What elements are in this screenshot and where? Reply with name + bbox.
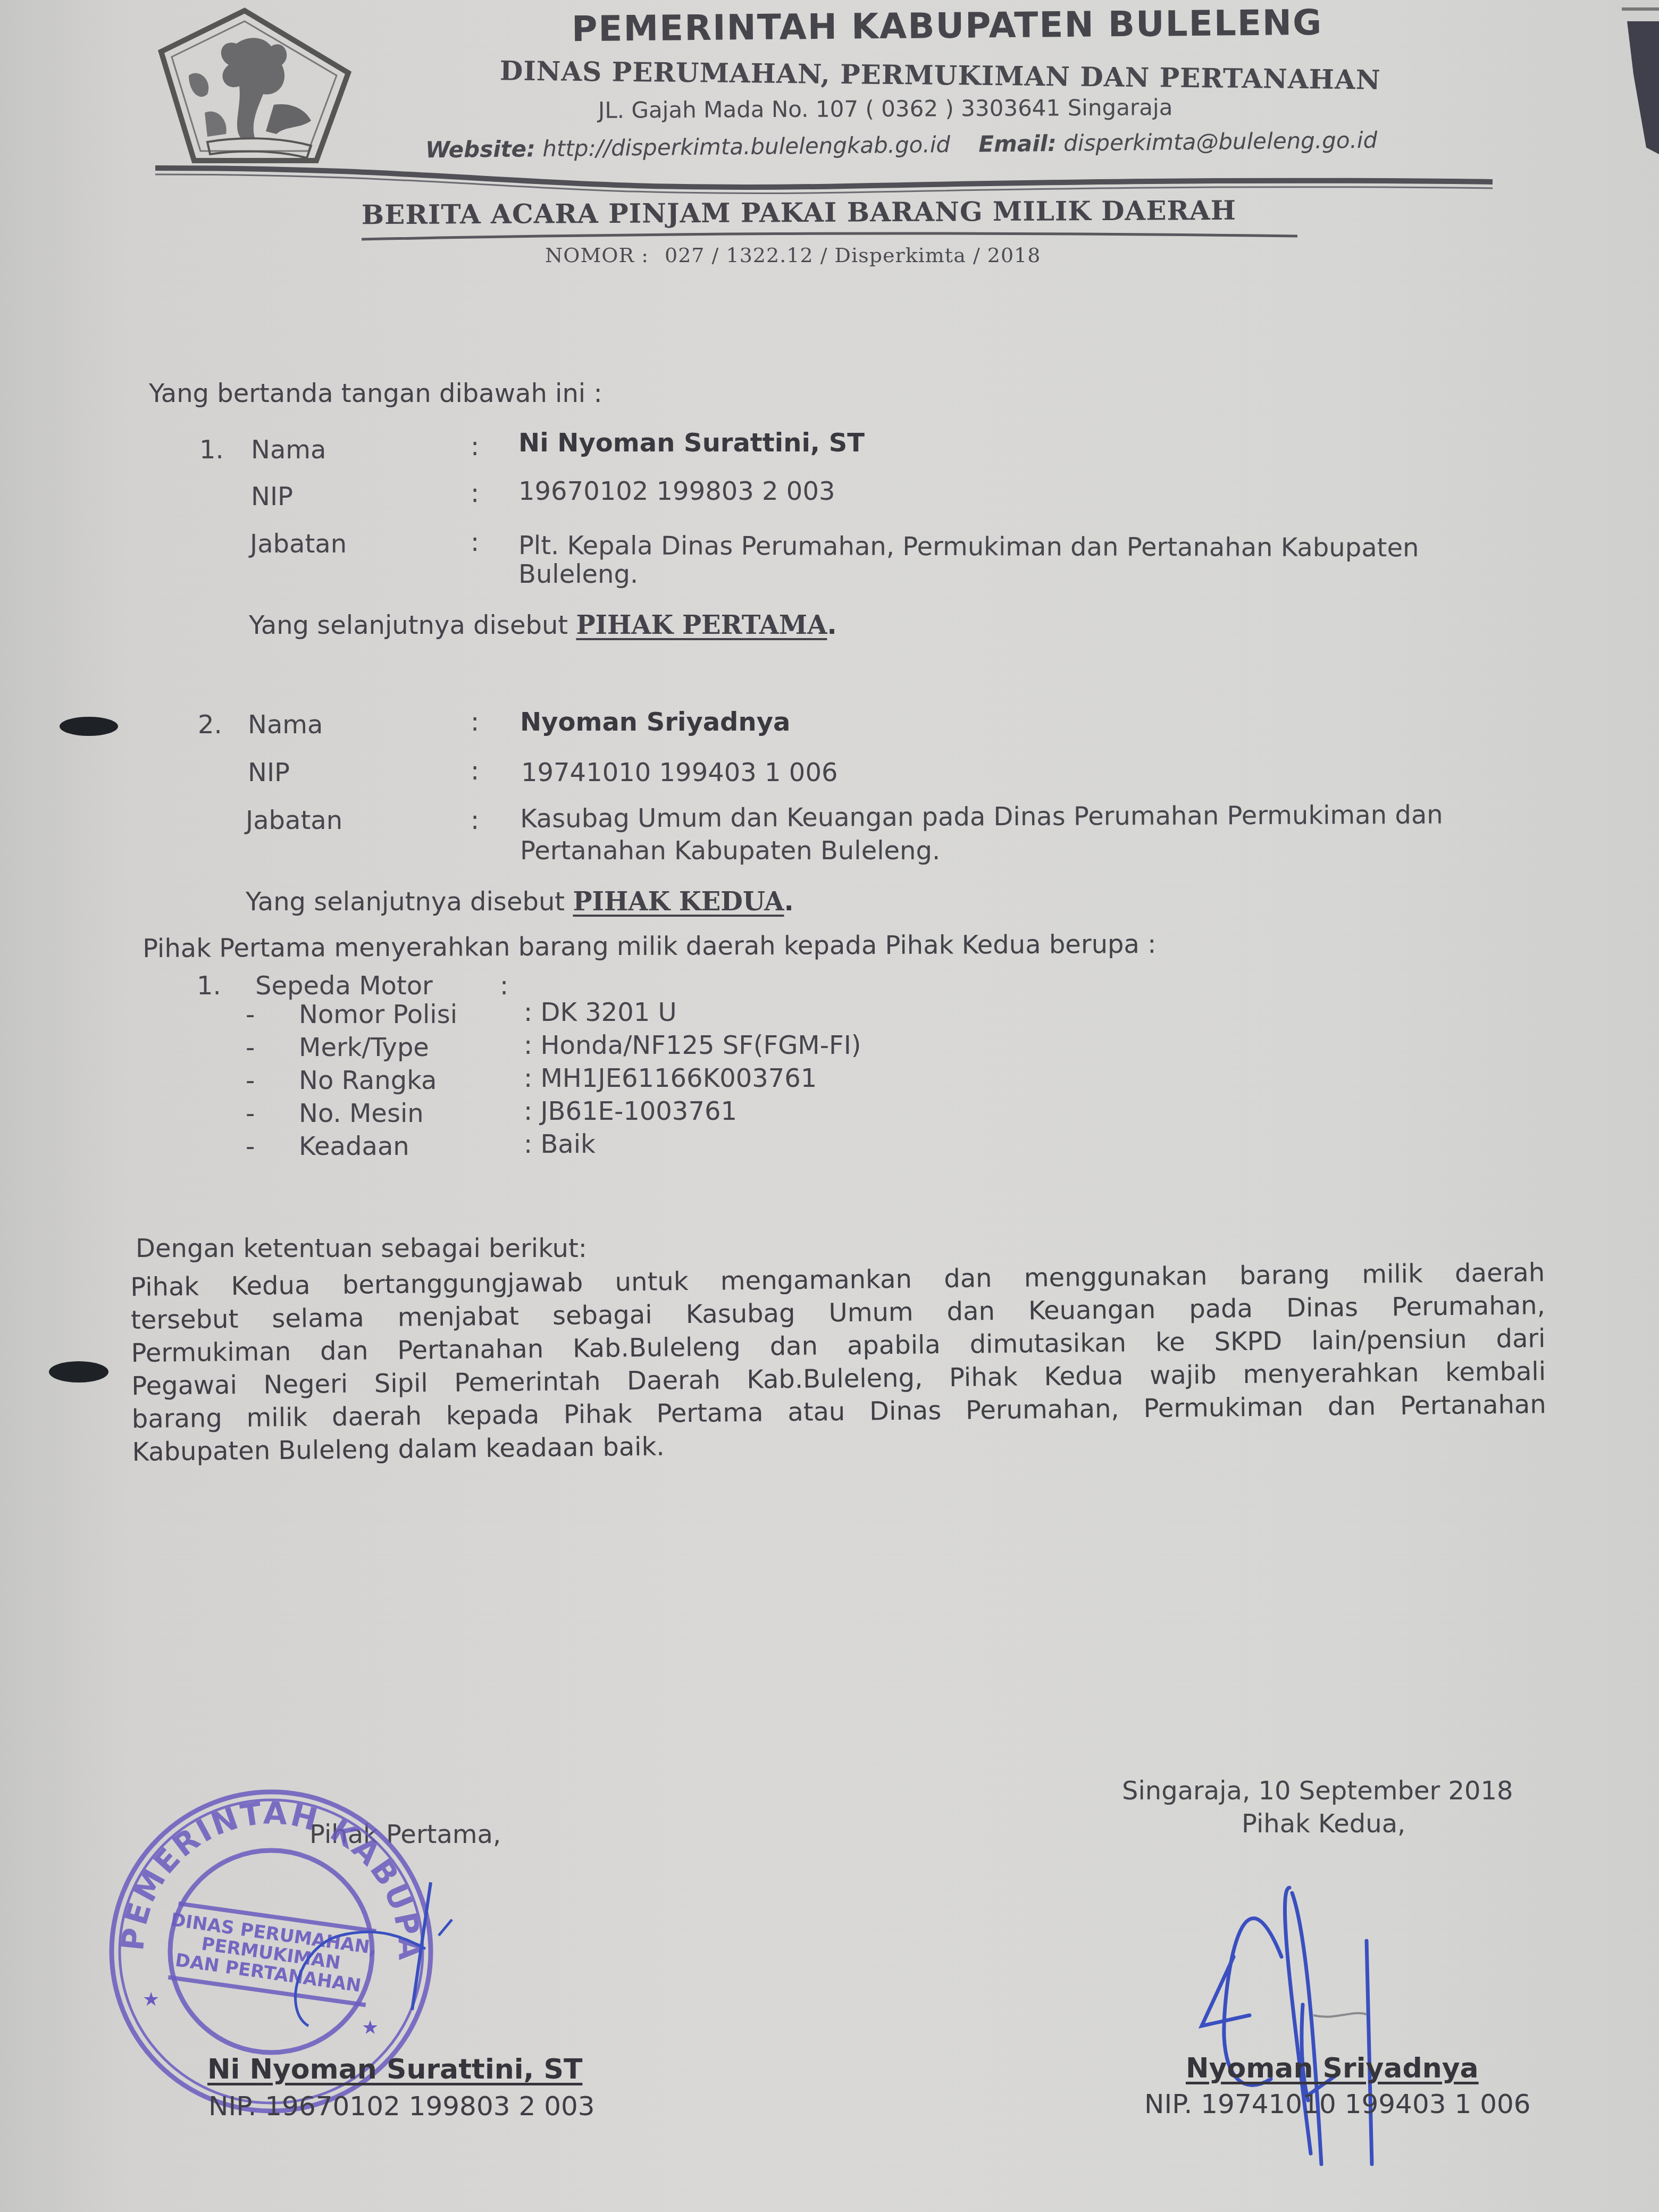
party-second-nip: 19741010 199403 1 006 <box>521 758 837 787</box>
field-colon: : <box>471 756 479 786</box>
party-first-name: Ni Nyoman Surattini, ST <box>518 428 865 458</box>
designation-prefix: Yang selanjutnya disebut <box>246 887 573 917</box>
letterhead-address: JL. Gajah Mada No. 107 ( 0362 ) 3303641 … <box>598 94 1173 123</box>
letterhead-contact: Website: http://disperkimta.bulelengkab.… <box>425 127 1378 163</box>
party-second-name: Nyoman Sriyadnya <box>520 707 790 737</box>
item-index: 1. <box>197 971 221 1001</box>
field-colon: : <box>471 479 479 508</box>
field-label: Nama <box>248 710 323 740</box>
document-number-label: NOMOR : <box>545 244 649 267</box>
bullet-dash: - <box>246 1000 255 1029</box>
letterhead-government: PEMERINTAH KABUPATEN BULELENG <box>572 2 1323 49</box>
punch-hole-icon <box>60 717 118 736</box>
party-first-designation: Yang selanjutnya disebut PIHAK PERTAMA. <box>249 610 837 640</box>
detail-label: No. Mesin <box>299 1099 424 1128</box>
first-party-signature <box>276 1850 489 2052</box>
field-label: Jabatan <box>250 529 347 559</box>
designation-label: PIHAK PERTAMA <box>576 610 827 640</box>
field-label: Nama <box>251 435 326 465</box>
letterhead-agency: DINAS PERUMAHAN, PERMUKIMAN DAN PERTANAH… <box>500 55 1381 95</box>
designation-prefix: Yang selanjutnya disebut <box>249 610 576 640</box>
field-label: NIP <box>251 482 293 512</box>
second-party-role: Pihak Kedua, <box>1242 1809 1405 1839</box>
party-second-position: Kasubag Umum dan Keuangan pada Dinas Per… <box>520 800 1443 834</box>
field-colon: : <box>471 806 479 835</box>
party-second-position-cont: Pertanahan Kabupaten Buleleng. <box>520 836 940 866</box>
party-index: 2. <box>198 710 222 740</box>
field-colon: : <box>471 707 479 737</box>
second-party-nip: NIP. 19741010 199403 1 006 <box>1144 2089 1531 2119</box>
detail-label: No Rangka <box>299 1066 437 1095</box>
terms-heading: Dengan ketentuan sebagai berikut: <box>136 1234 587 1263</box>
punch-hole-icon <box>49 1361 108 1382</box>
designation-suffix: . <box>827 610 836 640</box>
email-label: Email: <box>978 130 1057 157</box>
detail-value: : JB61E-1003761 <box>524 1096 737 1126</box>
document-number-value: 027 / 1322.12 / Disperkimta / 2018 <box>665 244 1041 267</box>
place-date: Singaraja, 10 September 2018 <box>1122 1776 1513 1806</box>
detail-value: : Honda/NF125 SF(FGM-FI) <box>524 1030 861 1060</box>
detail-label: Keadaan <box>299 1132 409 1161</box>
bullet-dash: - <box>246 1066 255 1095</box>
designation-suffix: . <box>784 887 794 917</box>
party-first-position-cont: Buleleng. <box>518 559 638 589</box>
first-party-name: Ni Nyoman Surattini, ST <box>207 2054 582 2085</box>
bullet-dash: - <box>246 1132 255 1161</box>
designation-label: PIHAK KEDUA <box>573 887 784 917</box>
intro-text: Yang bertanda tangan dibawah ini : <box>149 379 602 408</box>
item-colon: : <box>500 971 508 1001</box>
document-title: BERITA ACARA PINJAM PAKAI BARANG MILIK D… <box>362 195 1236 231</box>
handover-intro: Pihak Pertama menyerahkan barang milik d… <box>143 929 1156 963</box>
field-label: Jabatan <box>246 806 342 835</box>
detail-value: : DK 3201 U <box>524 998 677 1027</box>
bullet-dash: - <box>246 1033 255 1062</box>
regency-crest-icon <box>157 6 362 171</box>
email-link[interactable]: disperkimta@buleleng.go.id <box>1063 127 1378 156</box>
detail-label: Merk/Type <box>299 1033 429 1062</box>
field-label: NIP <box>248 758 290 787</box>
detail-value: : Baik <box>524 1129 596 1159</box>
party-index: 1. <box>199 435 224 465</box>
website-link[interactable]: http://disperkimta.bulelengkab.go.id <box>542 131 950 162</box>
star-icon: ★ <box>143 1989 160 2010</box>
title-underline <box>362 230 1297 241</box>
party-second-designation: Yang selanjutnya disebut PIHAK KEDUA. <box>246 887 794 917</box>
corner-shadow <box>1627 21 1659 154</box>
document-page: PEMERINTAH KABUPATEN BULELENG DINAS PERU… <box>0 0 1659 2212</box>
detail-value: : MH1JE61166K003761 <box>524 1063 817 1093</box>
second-party-name: Nyoman Sriyadnya <box>1186 2052 1479 2084</box>
first-party-nip: NIP. 19670102 199803 2 003 <box>208 2091 595 2122</box>
second-party-signature <box>1191 1866 1468 2196</box>
party-first-position: Plt. Kepala Dinas Perumahan, Permukiman … <box>518 531 1419 563</box>
paper-edge <box>1622 7 1659 11</box>
detail-label: Nomor Polisi <box>299 1000 457 1029</box>
terms-paragraph: Pihak Kedua bertanggungjawab untuk menga… <box>130 1256 1547 1469</box>
field-colon: : <box>471 527 479 557</box>
item-name: Sepeda Motor <box>255 971 433 1001</box>
party-first-nip: 19670102 199803 2 003 <box>518 476 835 506</box>
field-colon: : <box>471 432 479 462</box>
website-label: Website: <box>425 136 535 163</box>
bullet-dash: - <box>246 1099 255 1128</box>
document-number: NOMOR :027 / 1322.12 / Disperkimta / 201… <box>545 244 1041 267</box>
